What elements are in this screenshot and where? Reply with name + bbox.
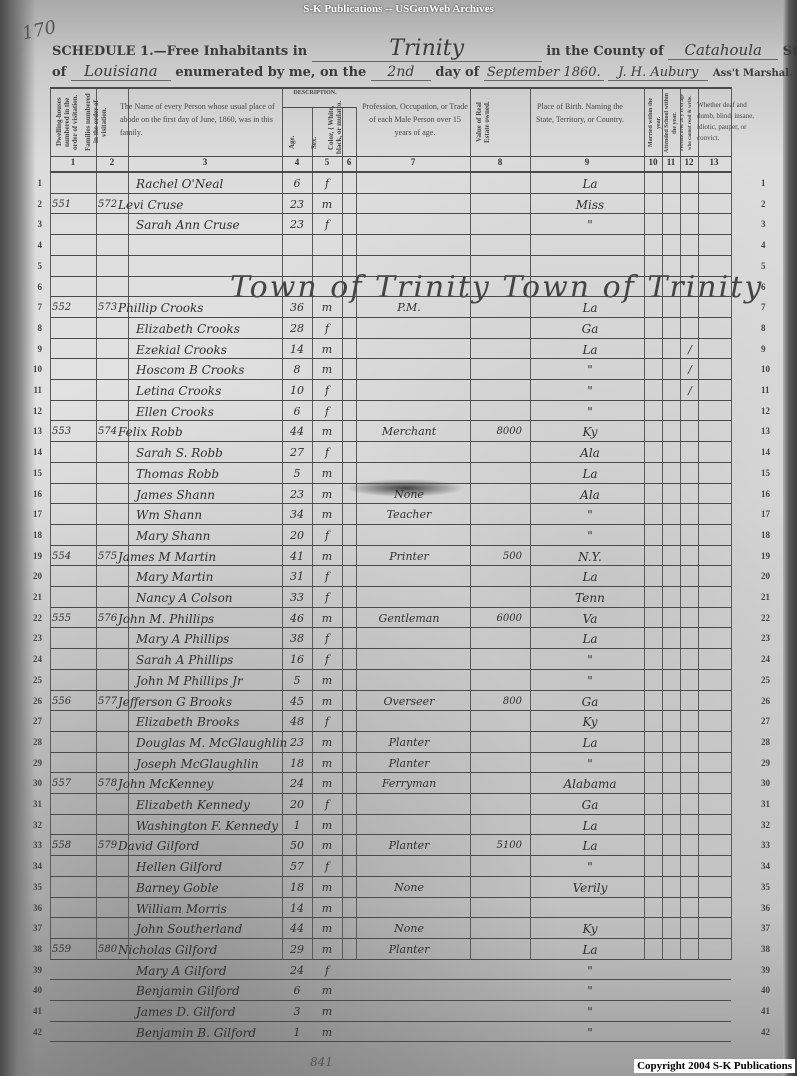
line-number-left: 15 [2, 462, 42, 484]
line-number-right: 35 [761, 876, 785, 898]
line-number-left: 14 [2, 441, 42, 463]
table-row: 559580Nicholas Gilford29mPlanterLa [50, 938, 731, 959]
family-number [98, 917, 136, 938]
line-number-left: 41 [2, 1000, 42, 1022]
occupation [354, 379, 464, 400]
dwelling-number [52, 317, 96, 338]
table-row: Letina Crooks10f"/ [50, 379, 731, 400]
age: 31 [282, 565, 312, 586]
birthplace: La [530, 938, 650, 959]
birthplace: La [530, 814, 650, 835]
school-mark [680, 979, 700, 1000]
occupation: Gentleman [354, 607, 464, 628]
real-estate-value [466, 979, 526, 1000]
school-mark [680, 855, 700, 876]
column-number: 11 [661, 157, 681, 167]
sex: m [312, 752, 342, 773]
real-estate-value [466, 855, 526, 876]
county-field: Catahoula [668, 41, 778, 60]
sex: m [312, 483, 342, 504]
age: 18 [282, 752, 312, 773]
birthplace: " [530, 524, 650, 545]
school-mark [680, 607, 700, 628]
state-field: Louisiana [71, 62, 171, 81]
table-row: Thomas Robb5mLa [50, 462, 731, 483]
school-mark [680, 565, 700, 586]
real-estate-value [466, 172, 526, 193]
occupation [354, 338, 464, 359]
line-number-right: 31 [761, 793, 785, 815]
line-number-left: 35 [2, 876, 42, 898]
school-mark [680, 876, 700, 897]
age: 34 [282, 503, 312, 524]
line-number-right: 27 [761, 710, 785, 732]
real-estate-value [466, 586, 526, 607]
line-number-right: 37 [761, 917, 785, 939]
line-number-left: 5 [2, 255, 42, 277]
line-number-right: 42 [761, 1021, 785, 1043]
sex: m [312, 607, 342, 628]
table-row: John M Phillips Jr5m" [50, 669, 731, 690]
family-number [98, 358, 136, 379]
dwelling-number [52, 752, 96, 773]
dwelling-number [52, 669, 96, 690]
sex: f [312, 565, 342, 586]
real-estate-value: 6000 [466, 607, 526, 628]
age: 6 [282, 979, 312, 1000]
family-number [98, 959, 136, 980]
line-number-right: 25 [761, 669, 785, 691]
sex: m [312, 897, 342, 918]
school-mark [680, 462, 700, 483]
real-estate-value [466, 255, 526, 276]
county-label: in the County of [546, 44, 663, 59]
birthplace: Va [530, 607, 650, 628]
occupation [354, 276, 464, 297]
birthplace: La [530, 172, 650, 193]
table-row: Sarah S. Robb27fAla [50, 441, 731, 462]
age: 48 [282, 710, 312, 731]
sex: m [312, 669, 342, 690]
dwelling-number: 557 [52, 772, 96, 793]
line-number-right: 14 [761, 441, 785, 463]
sex: m [312, 296, 342, 317]
header-married: Married within the year. [647, 92, 657, 154]
birthplace: Ala [530, 483, 650, 504]
dwelling-number [52, 627, 96, 648]
sex: f [312, 379, 342, 400]
real-estate-value [466, 627, 526, 648]
header-color: Color, { White, black, or mulatto. [327, 100, 345, 155]
line-number-left: 22 [2, 607, 42, 629]
family-number [98, 793, 136, 814]
school-mark [680, 669, 700, 690]
occupation [354, 648, 464, 669]
occupation: None [354, 917, 464, 938]
line-number-left: 19 [2, 545, 42, 567]
school-mark: / [680, 338, 700, 359]
sex: f [312, 959, 342, 980]
header-rule [50, 87, 731, 89]
table-row: Sarah Ann Cruse23f" [50, 213, 731, 234]
line-number-right: 18 [761, 524, 785, 546]
family-number [98, 648, 136, 669]
occupation: Merchant [354, 420, 464, 441]
occupation [354, 627, 464, 648]
line-number-left: 9 [2, 338, 42, 360]
dwelling-number [52, 172, 96, 193]
header-sex: Sex. [310, 130, 322, 155]
line-number-left: 21 [2, 586, 42, 608]
column-number: 12 [679, 157, 699, 167]
school-mark [680, 648, 700, 669]
line-number-left: 8 [2, 317, 42, 339]
line-number-right: 17 [761, 503, 785, 525]
column-number: 7 [403, 157, 423, 167]
of-label: of [52, 65, 66, 80]
school-mark [680, 276, 700, 297]
column-number: 4 [287, 157, 307, 167]
occupation [354, 979, 464, 1000]
dwelling-number [52, 255, 96, 276]
table-row: James Shann23mNoneAla [50, 483, 731, 504]
birthplace: " [530, 1021, 650, 1042]
school-mark [680, 483, 700, 504]
birthplace: Verily [530, 876, 650, 897]
family-number [98, 400, 136, 421]
line-number-left: 23 [2, 627, 42, 649]
occupation: Teacher [354, 503, 464, 524]
table-row: Mary A Phillips38fLa [50, 627, 731, 648]
table-row: 551572Levi Cruse23mMiss [50, 193, 731, 214]
dwelling-number [52, 897, 96, 918]
sex: f [312, 441, 342, 462]
age: 5 [282, 669, 312, 690]
occupation: Planter [354, 834, 464, 855]
table-row: 554575James M Martin41mPrinter500N.Y. [50, 545, 731, 566]
sex: f [312, 400, 342, 421]
real-estate-value [466, 524, 526, 545]
school-mark [680, 897, 700, 918]
family-number [98, 876, 136, 897]
birthplace: N.Y. [530, 545, 650, 566]
line-number-right: 11 [761, 379, 785, 401]
table-row: Hoscom B Crooks8m"/ [50, 358, 731, 379]
occupation [354, 793, 464, 814]
school-mark [680, 296, 700, 317]
line-number-right: 10 [761, 358, 785, 380]
column-number: 6 [339, 157, 359, 167]
birthplace: Miss [530, 193, 650, 214]
sex: m [312, 772, 342, 793]
school-mark: / [680, 358, 700, 379]
occupation: Planter [354, 731, 464, 752]
real-estate-value: 8000 [466, 420, 526, 441]
census-page: S-K Publications -- USGenWeb Archives 17… [0, 0, 797, 1076]
real-estate-value [466, 338, 526, 359]
real-estate-value [466, 276, 526, 297]
birthplace: La [530, 565, 650, 586]
occupation [354, 213, 464, 234]
occupation [354, 524, 464, 545]
header-name: The Name of every Person whose usual pla… [120, 100, 280, 139]
line-number-left: 18 [2, 524, 42, 546]
line-number-right: 38 [761, 938, 785, 960]
school-mark [680, 917, 700, 938]
occupation [354, 565, 464, 586]
family-number [98, 586, 136, 607]
age: 23 [282, 483, 312, 504]
line-number-right: 29 [761, 752, 785, 774]
table-row: 552573Phillip Crooks36mP.M.La [50, 296, 731, 317]
heading-line-1: SCHEDULE 1.—Free Inhabitants in Trinity … [52, 36, 797, 62]
age: 46 [282, 607, 312, 628]
school-mark [680, 959, 700, 980]
line-number-right: 22 [761, 607, 785, 629]
table-row [50, 234, 731, 255]
birthplace: La [530, 834, 650, 855]
family-number [98, 731, 136, 752]
table-row: John Southerland44mNoneKy [50, 917, 731, 938]
header-occupation: Profession, Occupation, or Trade of each… [360, 100, 470, 139]
birthplace: Ala [530, 441, 650, 462]
line-number-left: 42 [2, 1021, 42, 1043]
birthplace: La [530, 731, 650, 752]
dwelling-number [52, 793, 96, 814]
line-number-right: 30 [761, 772, 785, 794]
birthplace: " [530, 1000, 650, 1021]
age: 20 [282, 793, 312, 814]
sex: m [312, 814, 342, 835]
table-row: 556577Jefferson G Brooks45mOverseer800Ga [50, 690, 731, 711]
family-number [98, 338, 136, 359]
real-estate-value [466, 669, 526, 690]
occupation: Planter [354, 938, 464, 959]
real-estate-value [466, 296, 526, 317]
school-mark [680, 834, 700, 855]
family-number [98, 752, 136, 773]
line-number-left: 28 [2, 731, 42, 753]
dwelling-number [52, 648, 96, 669]
birthplace: Alabama [530, 772, 650, 793]
age: 28 [282, 317, 312, 338]
birthplace: Ky [530, 710, 650, 731]
real-estate-value [466, 938, 526, 959]
birthplace: Ga [530, 690, 650, 711]
sex: f [312, 172, 342, 193]
table-row: Rachel O'Neal6fLa [50, 172, 731, 193]
age: 38 [282, 627, 312, 648]
real-estate-value: 500 [466, 545, 526, 566]
line-number-left: 39 [2, 959, 42, 981]
marshal-field: J. H. Aubury [608, 65, 708, 81]
family-number [98, 979, 136, 1000]
sex: m [312, 503, 342, 524]
sex: m [312, 193, 342, 214]
school-mark [680, 752, 700, 773]
occupation: Printer [354, 545, 464, 566]
occupation [354, 1021, 464, 1042]
birthplace: " [530, 669, 650, 690]
table-row: Washington F. Kennedy1mLa [50, 814, 731, 835]
real-estate-value [466, 1021, 526, 1042]
family-number [98, 379, 136, 400]
watermark-top: S-K Publications -- USGenWeb Archives [0, 3, 797, 15]
sex: f [312, 213, 342, 234]
real-estate-value [466, 876, 526, 897]
family-number [98, 814, 136, 835]
line-number-left: 40 [2, 979, 42, 1001]
real-estate-value [466, 234, 526, 255]
birthplace [530, 897, 650, 918]
occupation: Planter [354, 752, 464, 773]
school-mark [680, 772, 700, 793]
dwelling-number [52, 855, 96, 876]
age: 23 [282, 213, 312, 234]
school-mark [680, 731, 700, 752]
table-row: 553574Felix Robb44mMerchant8000Ky [50, 420, 731, 441]
age: 27 [282, 441, 312, 462]
column-number: 1 [63, 157, 83, 167]
page-right-edge [783, 0, 797, 1076]
occupation: Ferryman [354, 772, 464, 793]
age: 36 [282, 296, 312, 317]
dwelling-number [52, 1000, 96, 1021]
table-row: Mary Shann20f" [50, 524, 731, 545]
sex: m [312, 938, 342, 959]
family-number [98, 855, 136, 876]
family-number [98, 669, 136, 690]
dwelling-number [52, 979, 96, 1000]
sex: m [312, 1000, 342, 1021]
line-number-left: 27 [2, 710, 42, 732]
table-row: 558579David Gilford50mPlanter5100La [50, 834, 731, 855]
age [282, 234, 312, 255]
line-number-left: 17 [2, 503, 42, 525]
school-mark [680, 814, 700, 835]
age: 57 [282, 855, 312, 876]
family-number [98, 524, 136, 545]
line-number-right: 13 [761, 420, 785, 442]
sex: m [312, 731, 342, 752]
school-mark [680, 255, 700, 276]
line-number-right: 5 [761, 255, 785, 277]
birthplace [530, 255, 650, 276]
line-number-right: 41 [761, 1000, 785, 1022]
line-number-right: 39 [761, 959, 785, 981]
real-estate-value [466, 400, 526, 421]
school-mark [680, 317, 700, 338]
line-number-right: 28 [761, 731, 785, 753]
family-number [98, 462, 136, 483]
age: 45 [282, 690, 312, 711]
birthplace: Ga [530, 793, 650, 814]
table-row: Elizabeth Crooks28fGa [50, 317, 731, 338]
header-real-estate: Value of Real Estate owned. [475, 92, 491, 152]
dwelling-number [52, 379, 96, 400]
age: 18 [282, 876, 312, 897]
table-row: William Morris14m [50, 897, 731, 918]
age: 6 [282, 172, 312, 193]
family-number [98, 1021, 136, 1042]
family-number [98, 565, 136, 586]
line-number-left: 33 [2, 834, 42, 856]
occupation: Overseer [354, 690, 464, 711]
real-estate-value [466, 752, 526, 773]
occupation [354, 710, 464, 731]
line-number-right: 8 [761, 317, 785, 339]
sex: m [312, 338, 342, 359]
table-row: Ezekial Crooks14mLa/ [50, 338, 731, 359]
line-number-right: 1 [761, 172, 785, 194]
sex: f [312, 524, 342, 545]
family-number [98, 441, 136, 462]
place-field: Trinity [312, 36, 542, 62]
line-number-left: 24 [2, 648, 42, 670]
dwelling-number [52, 524, 96, 545]
line-number-left: 32 [2, 814, 42, 836]
dwelling-number [52, 1021, 96, 1042]
occupation [354, 669, 464, 690]
real-estate-value [466, 565, 526, 586]
sex: f [312, 586, 342, 607]
dwelling-number [52, 731, 96, 752]
birthplace: " [530, 979, 650, 1000]
sex: m [312, 462, 342, 483]
school-mark [680, 627, 700, 648]
birthplace [530, 276, 650, 297]
real-estate-value: 800 [466, 690, 526, 711]
table-row [50, 255, 731, 276]
marshal-label: Ass't Marshal. [713, 68, 793, 79]
school-mark [680, 400, 700, 421]
age: 44 [282, 420, 312, 441]
copyright-notice: Copyright 2004 S-K Publications [634, 1059, 795, 1073]
real-estate-value [466, 503, 526, 524]
age: 41 [282, 545, 312, 566]
table-row: Benjamin Gilford6m" [50, 979, 731, 1000]
birthplace: La [530, 627, 650, 648]
occupation [354, 441, 464, 462]
school-mark [680, 524, 700, 545]
real-estate-value [466, 317, 526, 338]
family-number [98, 483, 136, 504]
age: 44 [282, 917, 312, 938]
age: 50 [282, 834, 312, 855]
bottom-scrawl: 841 [310, 1055, 333, 1069]
school-mark [680, 441, 700, 462]
school-mark [680, 172, 700, 193]
line-number-right: 24 [761, 648, 785, 670]
real-estate-value [466, 772, 526, 793]
sex: m [312, 979, 342, 1000]
occupation [354, 959, 464, 980]
age [282, 276, 312, 297]
sex: m [312, 690, 342, 711]
line-number-left: 29 [2, 752, 42, 774]
occupation [354, 400, 464, 421]
line-number-left: 6 [2, 276, 42, 298]
table-row: Elizabeth Kennedy20fGa [50, 793, 731, 814]
table-row: Hellen Gilford57f" [50, 855, 731, 876]
table-row: Mary A Gilford24f" [50, 959, 731, 980]
occupation [354, 814, 464, 835]
dwelling-number: 556 [52, 690, 96, 711]
real-estate-value [466, 648, 526, 669]
column-number: 10 [643, 157, 663, 167]
school-mark [680, 690, 700, 711]
table-row: Douglas M. McGlaughlin23mPlanterLa [50, 731, 731, 752]
